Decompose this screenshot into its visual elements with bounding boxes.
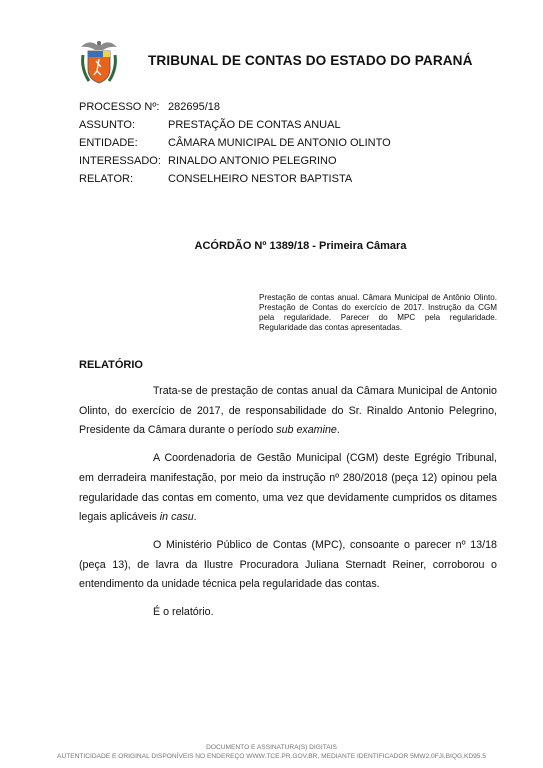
paragraph-italic: sub examine [276,424,337,436]
meta-label: ENTIDADE: [79,134,168,152]
meta-value: RINALDO ANTONIO PELEGRINO [168,152,337,170]
paragraph-text: . [337,424,340,436]
meta-row-interessado: INTERESSADO: RINALDO ANTONIO PELEGRINO [79,152,391,170]
paragraph: É o relatório. [79,603,497,623]
paragraph-italic: in casu [160,511,194,523]
meta-row-assunto: ASSUNTO: PRESTAÇÃO DE CONTAS ANUAL [79,116,391,134]
meta-label: RELATOR: [79,170,168,188]
paragraph: O Ministério Público de Contas (MPC), co… [79,536,497,595]
meta-row-processo: PROCESSO Nº: 282695/18 [79,98,391,116]
relatorio-body: Trata-se de prestação de contas anual da… [79,382,497,631]
paragraph-text: . [194,511,197,523]
paragraph: A Coordenadoria de Gestão Municipal (CGM… [79,449,497,528]
paragraph: Trata-se de prestação de contas anual da… [79,382,497,441]
meta-value: CÂMARA MUNICIPAL DE ANTONIO OLINTO [168,134,391,152]
paragraph-text: A Coordenadoria de Gestão Municipal (CGM… [79,452,497,523]
meta-row-relator: RELATOR: CONSELHEIRO NESTOR BAPTISTA [79,170,391,188]
meta-row-entidade: ENTIDADE: CÂMARA MUNICIPAL DE ANTONIO OL… [79,134,391,152]
meta-value: 282695/18 [168,98,220,116]
meta-label: INTERESSADO: [79,152,168,170]
relatorio-heading: RELATÓRIO [79,359,143,371]
meta-value: PRESTAÇÃO DE CONTAS ANUAL [168,116,341,134]
meta-label: ASSUNTO: [79,116,168,134]
footer-line-2: AUTENTICIDADE E ORIGINAL DISPONÍVEIS NO … [0,752,543,761]
footer-line-1: DOCUMENTO E ASSINATURA(S) DIGITAIS [0,743,543,752]
process-metadata: PROCESSO Nº: 282695/18 ASSUNTO: PRESTAÇÃ… [79,98,391,188]
ementa: Prestação de contas anual. Câmara Munici… [259,293,497,333]
meta-value: CONSELHEIRO NESTOR BAPTISTA [168,170,352,188]
acordao-title: ACÓRDÃO Nº 1389/18 - Primeira Câmara [0,240,543,252]
page-title: TRIBUNAL DE CONTAS DO ESTADO DO PARANÁ [148,53,473,68]
meta-label: PROCESSO Nº: [79,98,168,116]
parana-coat-of-arms-icon [79,37,119,87]
